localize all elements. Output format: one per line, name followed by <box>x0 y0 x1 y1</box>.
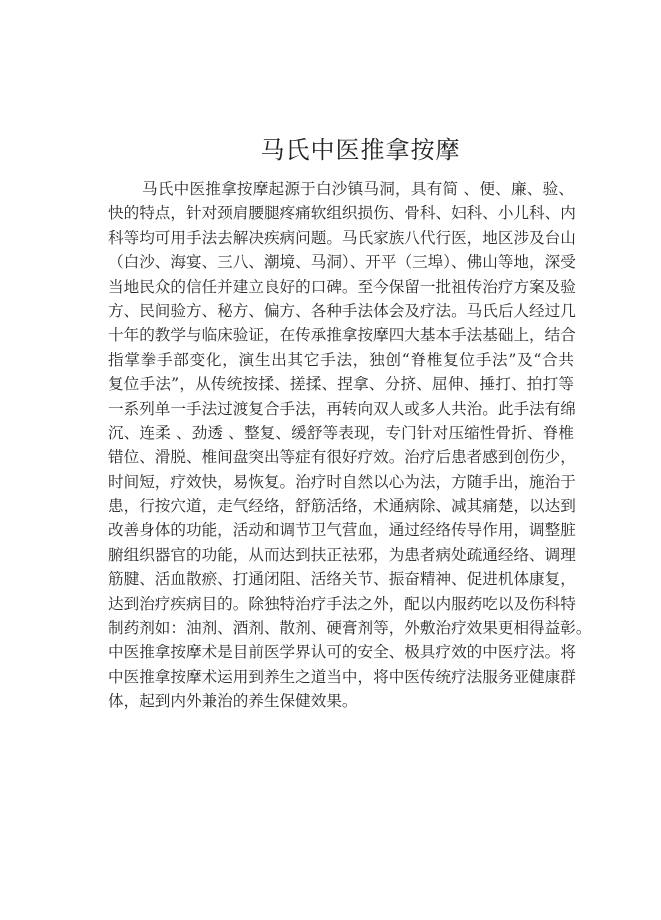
paragraph-line: 时间短，疗效快，易恢复。治疗时自然以心为法，方随手出，施治于 <box>108 470 574 494</box>
paragraph-line: 体，起到内外兼治的养生保健效果。 <box>108 689 574 713</box>
paragraph-line: 快的特点，针对颈肩腰腿疼痛软组织损伤、骨科、妇科、小儿科、内 <box>108 201 574 225</box>
paragraph-line: 达到治疗疾病目的。除独特治疗手法之外，配以内服药吃以及伤科特 <box>108 592 574 616</box>
paragraph-line: 指掌拳手部变化，演生出其它手法，独创“脊椎复位手法”及“合共 <box>108 348 574 372</box>
paragraph-line: 十年的教学与临床验证，在传承推拿按摩四大基本手法基础上，结合 <box>108 323 574 347</box>
paragraph-line: 腑组织器官的功能，从而达到扶正祛邪，为患者病处疏通经络、调理 <box>108 543 574 567</box>
body-paragraph: 马氏中医推拿按摩起源于白沙镇马洞，具有简 、便、廉、验、 快的特点，针对颈肩腰腿… <box>108 177 574 714</box>
paragraph-line: （白沙、海宴、三八、潮境、马洞）、开平（三埠）、佛山等地，深受 <box>108 250 574 274</box>
paragraph-line: 错位、滑脱、椎间盘突出等症有很好疗效。治疗后患者感到创伤少， <box>108 445 574 469</box>
paragraph-line: 一系列单一手法过渡复合手法，再转向双人或多人共治。此手法有绵 <box>108 397 574 421</box>
paragraph-line: 中医推拿按摩术是目前医学界认可的安全、极具疗效的中医疗法。将 <box>108 640 574 664</box>
paragraph-line: 沉、连柔 、劲透 、整复、缓舒等表现，专门针对压缩性骨折、脊椎 <box>108 421 574 445</box>
paragraph-line: 方、民间验方、秘方、偏方、各种手法体会及疗法。马氏后人经过几 <box>108 299 574 323</box>
paragraph-line: 当地民众的信任并建立良好的口碑。至今保留一批祖传治疗方案及验 <box>108 275 574 299</box>
paragraph-line: 中医推拿按摩术运用到养生之道当中，将中医传统疗法服务亚健康群 <box>108 665 574 689</box>
paragraph-line: 复位手法”，从传统按揉、搓揉、捏拿、分挤、屈伸、捶打、拍打等 <box>108 372 574 396</box>
paragraph-line: 改善身体的功能，活动和调节卫气营血，通过经络传导作用，调整脏 <box>108 518 574 542</box>
paragraph-line: 患，行按穴道，走气经络，舒筋活络，术通病除、减其痛楚，以达到 <box>108 494 574 518</box>
paragraph-line: 科等均可用手法去解决疾病问题。马氏家族八代行医，地区涉及台山 <box>108 226 574 250</box>
paragraph-line: 制药剂如：油剂、酒剂、散剂、硬膏剂等，外敷治疗效果更相得益彰。 <box>108 616 574 640</box>
document-page: 马氏中医推拿按摩 马氏中医推拿按摩起源于白沙镇马洞，具有简 、便、廉、验、 快的… <box>0 0 661 920</box>
paragraph-line: 马氏中医推拿按摩起源于白沙镇马洞，具有简 、便、廉、验、 <box>108 177 574 201</box>
document-title: 马氏中医推拿按摩 <box>0 130 661 165</box>
paragraph-line: 筋腱、活血散瘀、打通闭阻、活络关节、振奋精神、促进机体康复， <box>108 567 574 591</box>
